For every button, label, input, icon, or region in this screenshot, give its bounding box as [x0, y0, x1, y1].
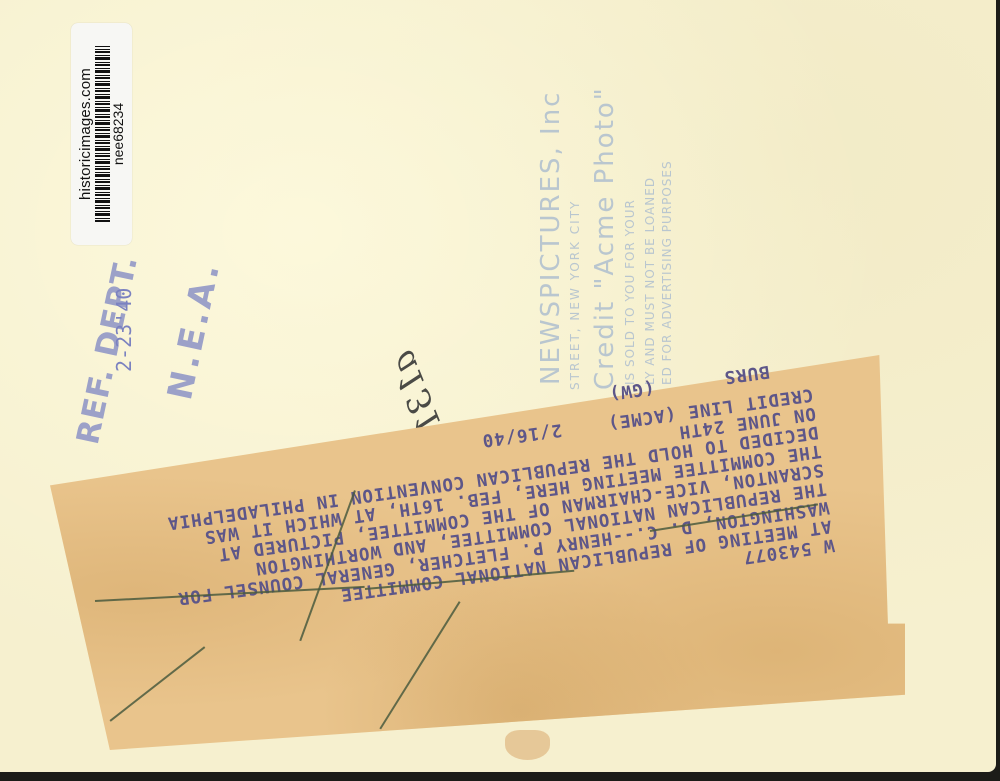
barcode-sticker: historicimages.com nee68234	[71, 23, 132, 245]
sticker-site-text: historicimages.com	[78, 68, 94, 200]
faded-stamp-line: NEWSPICTURES, Inc	[536, 91, 566, 385]
glue-stain	[505, 730, 550, 760]
faded-stamp-line: ED FOR ADVERTISING PURPOSES	[660, 160, 674, 385]
date-stamp: 2-23'40	[112, 288, 136, 372]
faded-stamp-line: STREET, NEW YORK CITY	[568, 200, 582, 390]
barcode-icon	[95, 46, 110, 222]
faded-stamp-line: IS SOLD TO YOU FOR YOUR	[623, 199, 637, 385]
sticker-id-text: nee68234	[111, 103, 126, 165]
faded-stamp-line: Credit "Acme Photo"	[590, 86, 620, 390]
faded-stamp-line: LY AND MUST NOT BE LOANED	[643, 177, 657, 385]
